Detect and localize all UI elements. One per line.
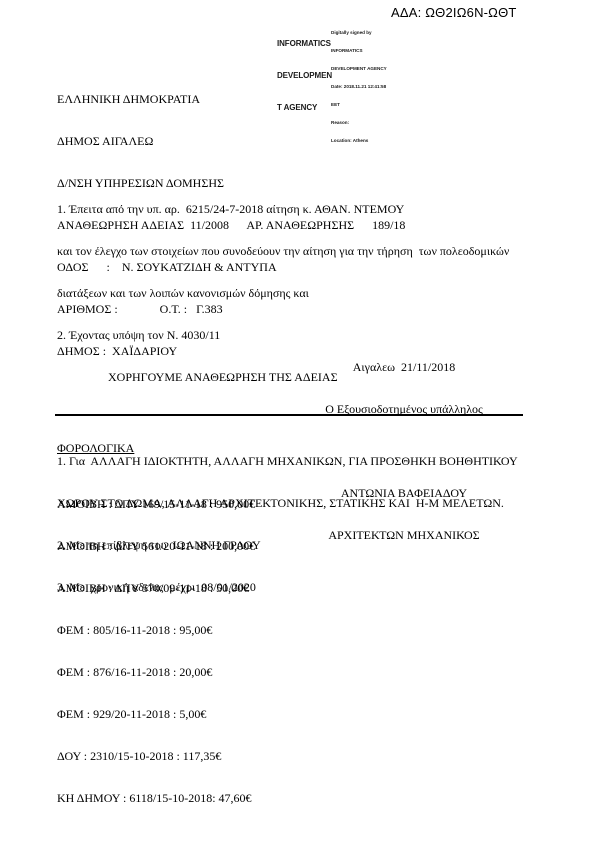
tax-fee-line: ΦΕΜ : 876/16-11-2018 : 20,00€ xyxy=(57,665,255,679)
body-line: και τον έλεγχο των στοιχείων που συνοδεύ… xyxy=(57,244,518,258)
header-republic-line: ΕΛΛΗΝΙΚΗ ΔΗΜΟΚΡΑΤΙΑ xyxy=(57,92,405,106)
tax-fee-line: ΦΕΜ : 805/16-11-2018 : 95,00€ xyxy=(57,623,255,637)
tax-fee-line: ΚΗ ΔΗΜΟΥ : 6118/15-10-2018: 47,60€ xyxy=(57,791,255,805)
signature-block: Αιγαλεω 21/11/2018 Ο Εξουσιοδοτημένος υπ… xyxy=(304,332,504,570)
tax-fee-line: ΔΟΥ : 2310/15-10-2018 : 117,35€ xyxy=(57,749,255,763)
tax-fee-line: ΦΕΜ : 929/20-11-2018 : 5,00€ xyxy=(57,707,255,721)
signature-title-line: ΑΡΧΙΤΕΚΤΩΝ ΜΗΧΑΝΙΚΟΣ xyxy=(304,528,504,542)
signature-blank-line xyxy=(304,444,504,458)
stamp-detail-line: Digitally signed by xyxy=(331,30,421,36)
tax-section-title: ΦΟΡΟΛΟΓΙΚΑ xyxy=(57,441,134,455)
signature-name-line: ΑΝΤΩΝΙΑ ΒΑΦΕΙΑΔΟΥ xyxy=(304,486,504,500)
tax-section: ΑΜΟΙΒΗ : ΔΠΥ 169/15-11-18 : 950,00€ ΑΜΟΙ… xyxy=(57,469,255,833)
signature-place-date-line: Αιγαλεω 21/11/2018 xyxy=(304,360,504,374)
stamp-detail-line: INFORMATICS xyxy=(331,48,421,54)
stamp-agency-line: INFORMATICS xyxy=(277,39,331,53)
body-line: 1. Έπειτα από την υπ. αρ. 6215/24-7-2018… xyxy=(57,202,518,216)
body-line: διατάξεων και των λοιπών κανονισμών δόμη… xyxy=(57,286,518,300)
document-page: ΑΔΑ: ΩΘ2ΙΩ6Ν-ΩΘΤ INFORMATICS DEVELOPMEN … xyxy=(0,0,595,842)
tax-fee-line: ΑΜΟΙΒΗ : ΔΠΥ 169/15-11-18 : 950,00€ xyxy=(57,497,255,511)
tax-fee-line: ΑΜΟΙΒΗ : ΔΠΥ 561/20-11-18 : 200,00€ xyxy=(57,539,255,553)
separator-line xyxy=(55,414,523,416)
header-municipality-line: ΔΗΜΟΣ ΑΙΓΑΛΕΩ xyxy=(57,134,405,148)
tax-fee-line: ΑΜΟΙΒΗ : ΔΠΥ 570/09-11-18 : 50,00€ xyxy=(57,581,255,595)
